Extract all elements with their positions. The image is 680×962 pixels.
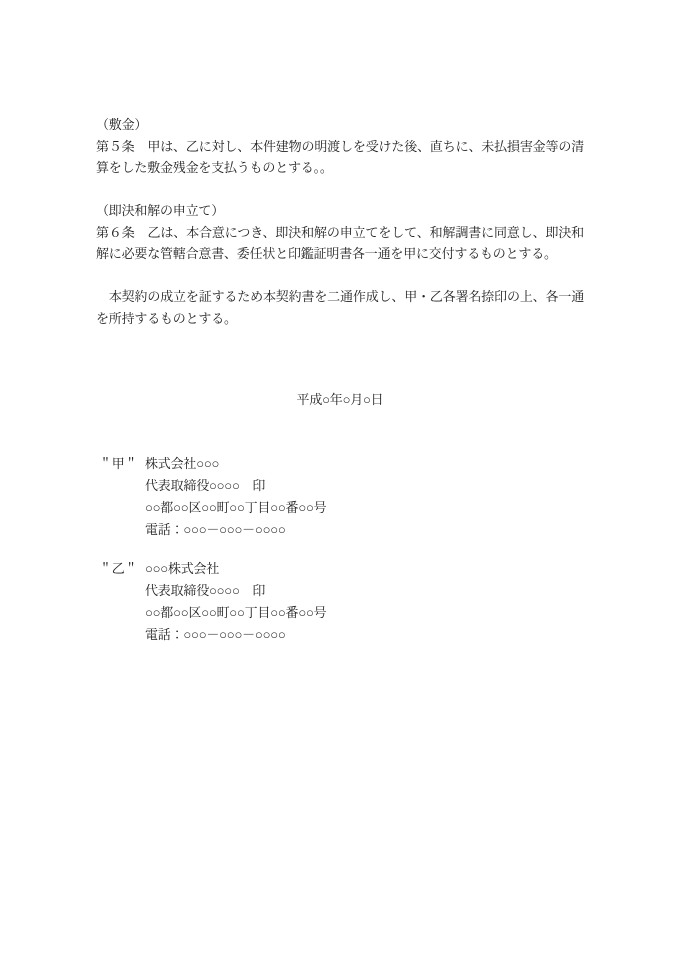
- closing-statement: 本契約の成立を証するため本契約書を二通作成し、甲・乙各署名捺印の上、各一通を所持…: [96, 286, 584, 329]
- document-page: （敷金） 第５条 甲は、乙に対し、本件建物の明渡しを受けた後、直ちに、未払損害金…: [0, 0, 680, 962]
- closing-statement-text: 本契約の成立を証するため本契約書を二通作成し、甲・乙各署名捺印の上、各一通を所持…: [96, 286, 584, 329]
- party-a-address: ○○都○○区○○町○○丁目○○番○○号: [145, 497, 584, 519]
- party-b-details: ○○○株式会社 代表取締役○○○○ 印 ○○都○○区○○町○○丁目○○番○○号 …: [145, 558, 584, 646]
- document-body: （敷金） 第５条 甲は、乙に対し、本件建物の明渡しを受けた後、直ちに、未払損害金…: [96, 114, 584, 646]
- party-a-details: 株式会社○○○ 代表取締役○○○○ 印 ○○都○○区○○町○○丁目○○番○○号 …: [145, 453, 584, 541]
- party-a-company: 株式会社○○○: [145, 453, 584, 475]
- clause-settlement: （即決和解の申立て） 第６条 乙は、本合意につき、即決和解の申立てをして、和解調…: [96, 200, 584, 265]
- clause-deposit-heading: （敷金）: [96, 114, 584, 136]
- date-line: 平成○年○月○日: [96, 389, 584, 411]
- clause-deposit: （敷金） 第５条 甲は、乙に対し、本件建物の明渡しを受けた後、直ちに、未払損害金…: [96, 114, 584, 179]
- clause-settlement-heading: （即決和解の申立て）: [96, 200, 584, 222]
- party-a-representative: 代表取締役○○○○ 印: [145, 475, 584, 497]
- party-b-label: ＂乙＂: [96, 558, 145, 646]
- party-a-label: ＂甲＂: [96, 453, 145, 541]
- party-a-phone: 電話：○○○－○○○－○○○○: [145, 519, 584, 541]
- party-b-phone: 電話：○○○－○○○－○○○○: [145, 624, 584, 646]
- clause-settlement-body: 第６条 乙は、本合意につき、即決和解の申立てをして、和解調書に同意し、即決和解に…: [96, 222, 584, 265]
- party-b-representative: 代表取締役○○○○ 印: [145, 580, 584, 602]
- party-b-address: ○○都○○区○○町○○丁目○○番○○号: [145, 602, 584, 624]
- party-b-block: ＂乙＂ ○○○株式会社 代表取締役○○○○ 印 ○○都○○区○○町○○丁目○○番…: [96, 558, 584, 646]
- party-b-company: ○○○株式会社: [145, 558, 584, 580]
- clause-deposit-body: 第５条 甲は、乙に対し、本件建物の明渡しを受けた後、直ちに、未払損害金等の清算を…: [96, 136, 584, 179]
- party-a-block: ＂甲＂ 株式会社○○○ 代表取締役○○○○ 印 ○○都○○区○○町○○丁目○○番…: [96, 453, 584, 541]
